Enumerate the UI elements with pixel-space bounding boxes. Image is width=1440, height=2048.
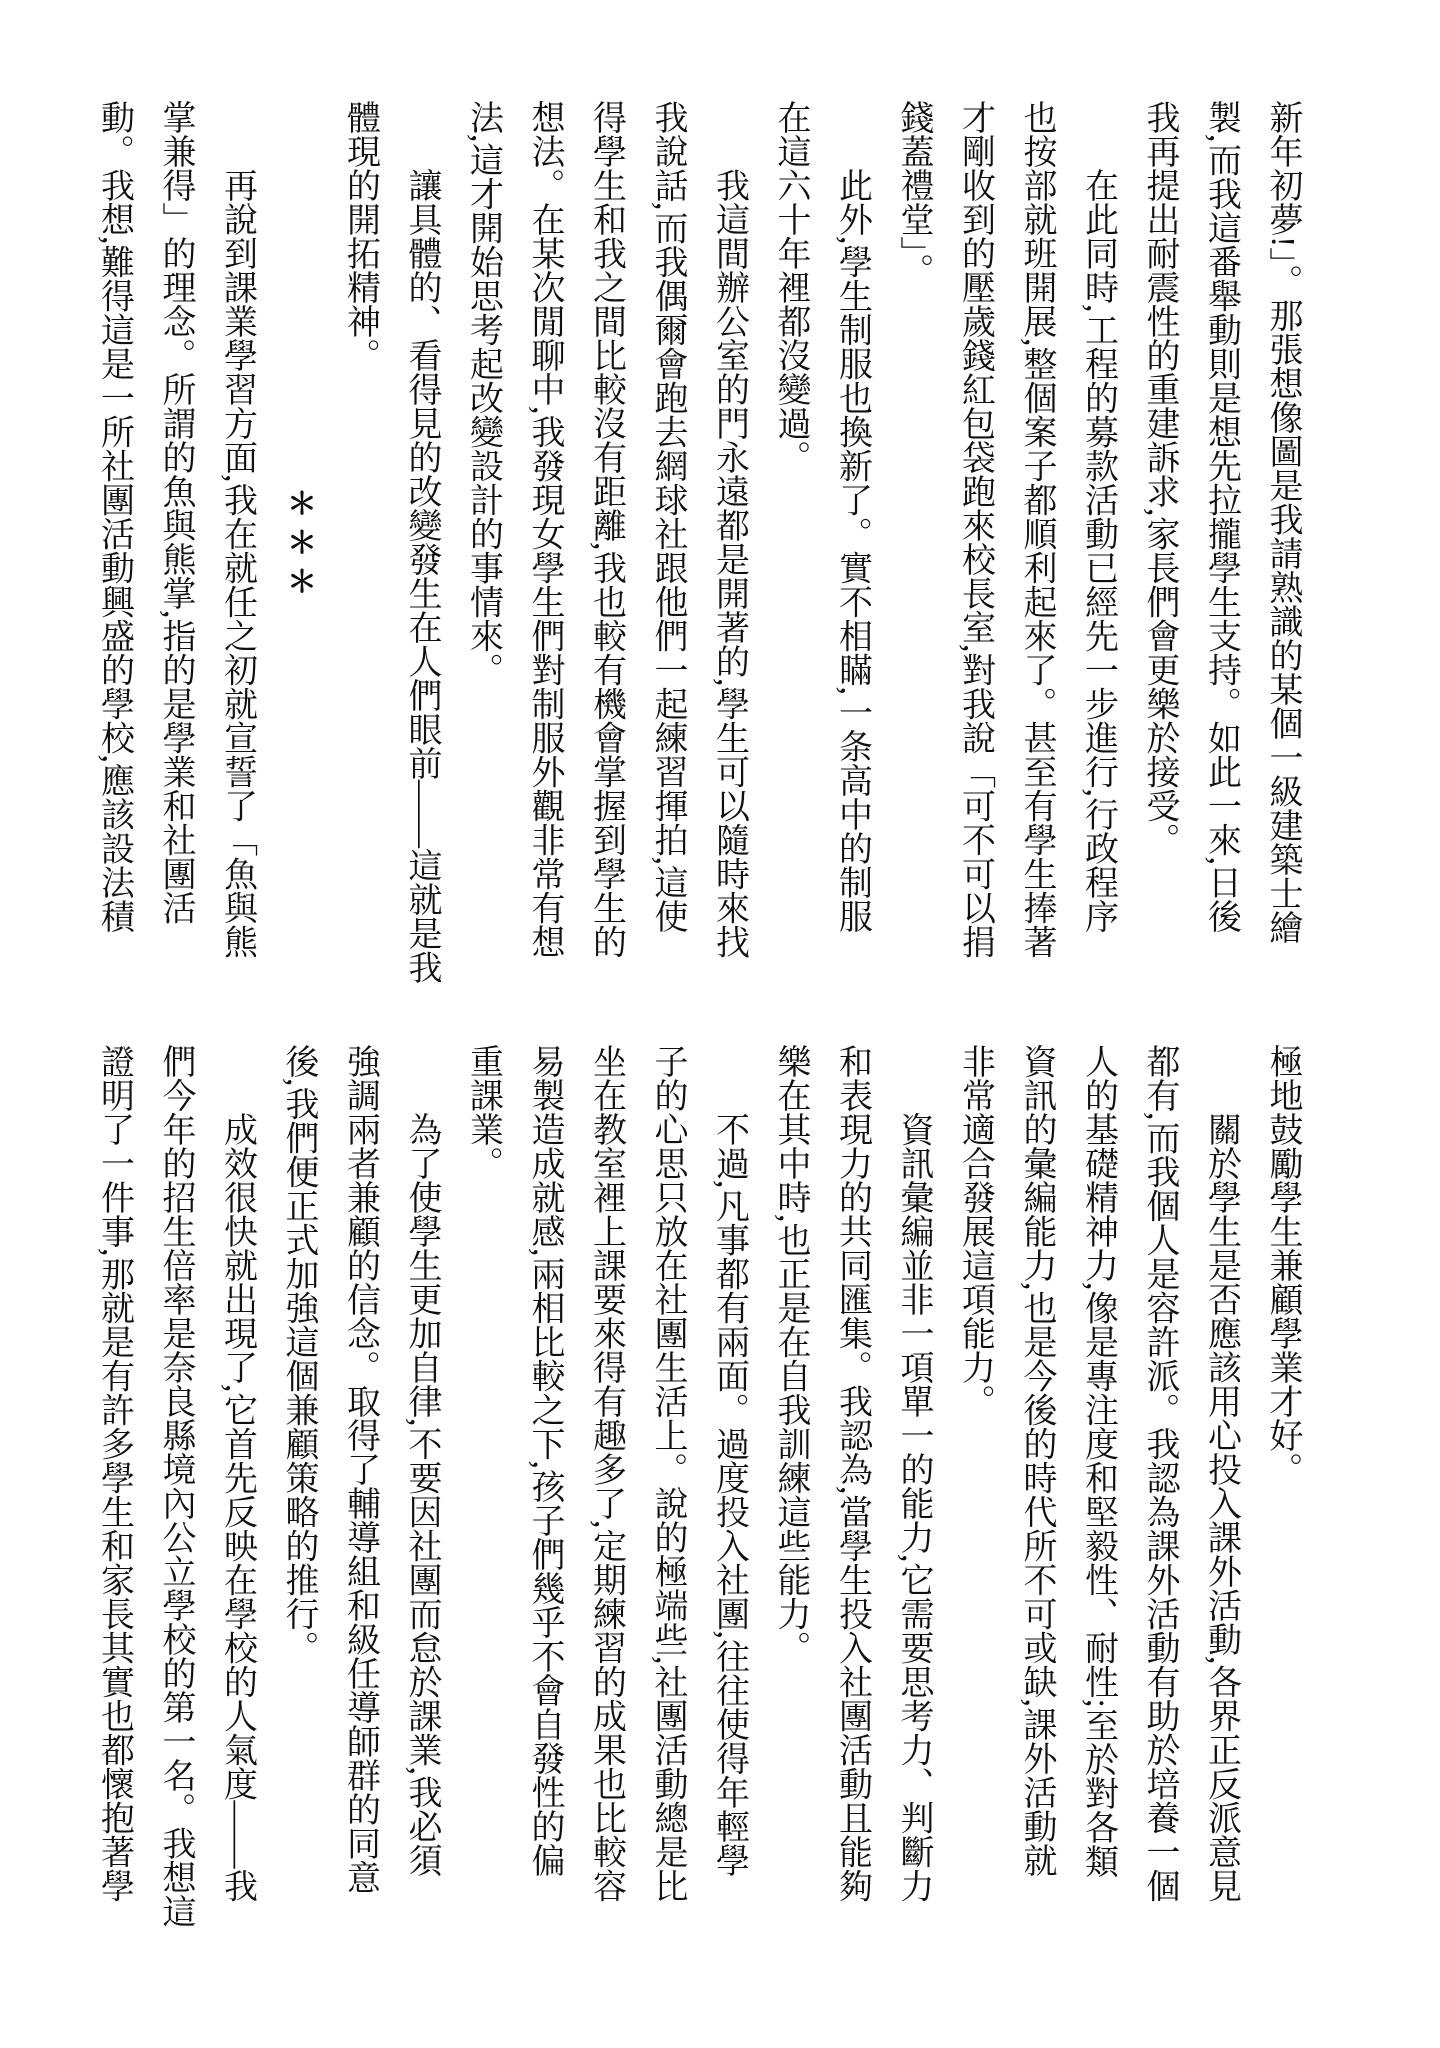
text-column: 極地鼓勵學生兼顧學業才好。 (1262, 1044, 1302, 1936)
text-column: 強調兩者兼顧的信念。取得了輔導組和級任導師群的同意 (340, 1044, 380, 1936)
text-column: 掌兼得」的理念。所謂的魚與熊掌,指的是學業和社團活 (155, 100, 195, 992)
text-column: 此外,學生制服也換新了。實不相瞞,一条高中的制服 (832, 100, 872, 992)
text-column: 資訊彙編並非一項單一的能力,它需要思考力、判斷力 (893, 1044, 933, 1936)
text-column: 樂在其中時,也正是在自我訓練這些能力。 (770, 1044, 810, 1936)
text-column: 在這六十年裡都沒變過。 (770, 100, 810, 992)
text-column: 證明了一件事,那就是有許多學生和家長其實也都懷抱著學 (94, 1044, 134, 1936)
text-column: 想法。在某次閒聊中,我發現女學生們對制服外觀非常有想 (524, 100, 564, 992)
text-column: 也按部就班開展,整個案子都順利起來了。甚至有學生捧著 (1016, 100, 1056, 992)
text-column: 都有,而我個人是容許派。我認為課外活動有助於培養一個 (1139, 1044, 1179, 1936)
text-column: 才剛收到的壓歲錢紅包袋跑來校長室,對我說「可不可以捐 (955, 100, 995, 992)
text-column: 動。我想,難得這是一所社團活動興盛的學校,應該設法積 (94, 100, 134, 992)
text-block-bottom: 極地鼓勵學生兼顧學業才好。 關於學生是否應該用心投入課外活動,各界正反派意見都有… (0, 1044, 1440, 1936)
text-column: 新年初夢!」。那張想像圖是我請熟識的某個一級建築士繪 (1262, 100, 1302, 992)
text-column: 成效很快就出現了,它首先反映在學校的人氣度——我 (217, 1044, 257, 1936)
text-column: 易製造成就感,兩相比較之下,孩子們幾乎不會自發性的偏 (524, 1044, 564, 1936)
text-column: 重課業。 (463, 1044, 503, 1936)
text-column: 和表現力的共同匯集。我認為,當學生投入社團活動且能夠 (832, 1044, 872, 1936)
text-column: 資訊的彙編能力,也是今後的時代所不可或缺,課外活動就 (1016, 1044, 1056, 1936)
text-column: 錢蓋禮堂」。 (893, 100, 933, 992)
text-column: 不過,凡事都有兩面。過度投入社團,往往使得年輕學 (709, 1044, 749, 1936)
text-block-top: 新年初夢!」。那張想像圖是我請熟識的某個一級建築士繪製,而我這番舉動則是想先拉攏… (0, 100, 1440, 992)
text-column: 我再提出耐震性的重建訴求,家長們會更樂於接受。 (1139, 100, 1179, 992)
text-column: 坐在教室裡上課要來得有趣多了,定期練習的成果也比較容 (586, 1044, 626, 1936)
text-column: 再說到課業學習方面,我在就任之初就宣誓了「魚與熊 (217, 100, 257, 992)
text-column: 後,我們便正式加強這個兼顧策略的推行。 (278, 1044, 318, 1936)
text-column: 我說話,而我偶爾會跑去網球社跟他們一起練習揮拍,這使 (647, 100, 687, 992)
text-column: 子的心思只放在社團生活上。說的極端些,社團活動總是比 (647, 1044, 687, 1936)
text-column: 法,這才開始思考起改變設計的事情來。 (463, 100, 503, 992)
text-column: 在此同時,工程的募款活動已經先一步進行,行政程序 (1078, 100, 1118, 992)
text-column: 人的基礎精神力,像是專注度和堅毅性、耐性;至於對各類 (1078, 1044, 1118, 1936)
text-column: 我這間辦公室的門永遠都是開著的,學生可以隨時來找 (709, 100, 749, 992)
text-column: 得學生和我之間比較沒有距離,我也較有機會掌握到學生的 (586, 100, 626, 992)
text-column: 讓具體的、看得見的改變發生在人們眼前——這就是我 (401, 100, 441, 992)
text-column: 非常適合發展這項能力。 (955, 1044, 995, 1936)
text-column: 為了使學生更加自律,不要因社團而怠於課業,我必須 (401, 1044, 441, 1936)
text-column: 製,而我這番舉動則是想先拉攏學生支持。如此一來,日後 (1201, 100, 1241, 992)
text-column: 們今年的招生倍率是奈良縣境內公立學校的第一名。我想這 (155, 1044, 195, 1936)
book-page: 新年初夢!」。那張想像圖是我請熟識的某個一級建築士繪製,而我這番舉動則是想先拉攏… (0, 0, 1440, 2048)
text-column: 體現的開拓精神。 (340, 100, 380, 992)
section-separator-stars: ＊＊＊ (278, 100, 318, 992)
text-column: 關於學生是否應該用心投入課外活動,各界正反派意見 (1201, 1044, 1241, 1936)
